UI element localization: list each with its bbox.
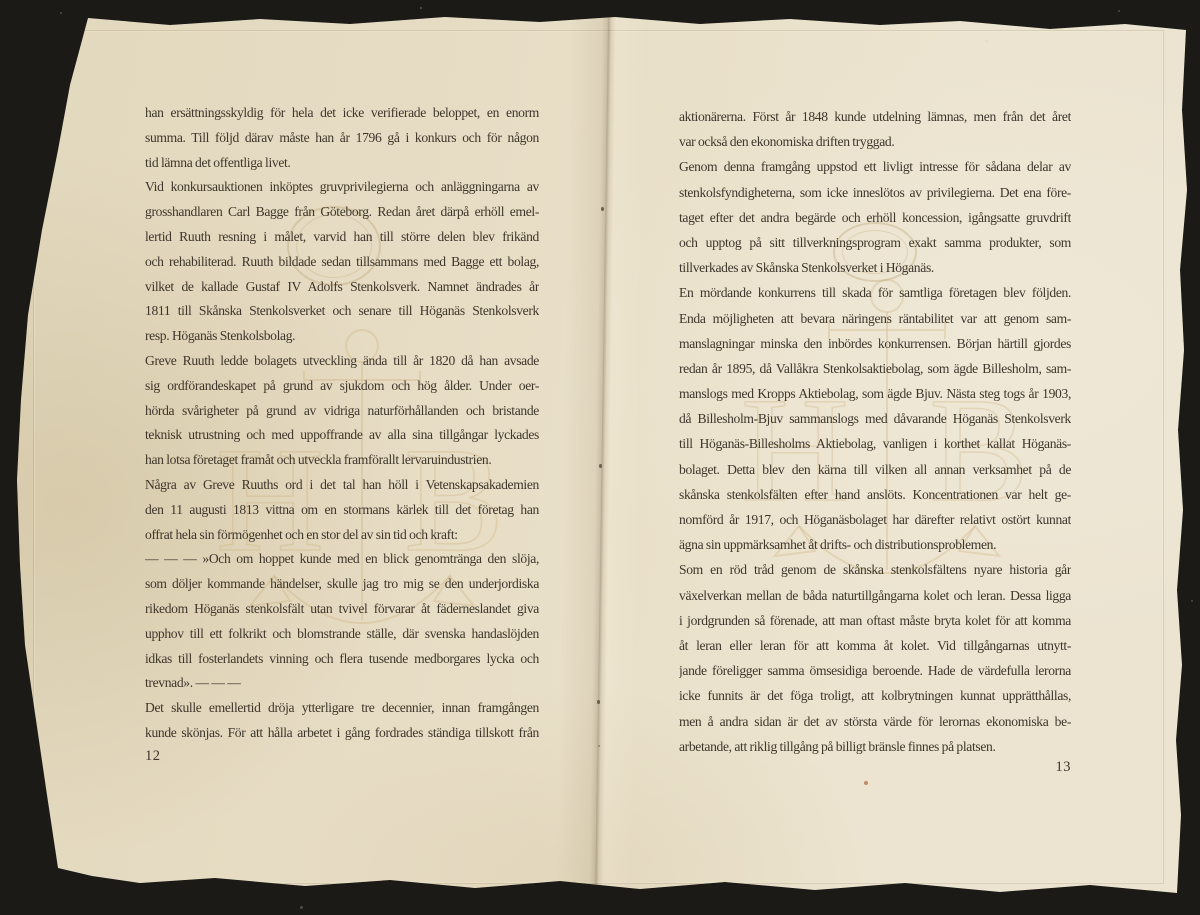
- text-line: Greve Ruuth ledde bolagets utveckling än…: [145, 349, 539, 374]
- text-line: men å andra sidan är det av största värd…: [679, 709, 1071, 734]
- text-line: och rehabiliterad. Ruuth bildade sedan t…: [145, 250, 539, 275]
- dust-speck: [420, 7, 422, 9]
- text-line: i jordgrunden så förenade, att man oftas…: [679, 608, 1071, 633]
- text-line: trevnad». — — —: [145, 671, 539, 696]
- paper-sheet: H B H B han ersättningsskyldig för hela …: [0, 0, 1200, 915]
- text-line: nomförd år 1917, och Höganäsbolaget har …: [679, 507, 1071, 532]
- binding-stitch: [599, 464, 602, 468]
- text-line: den 11 augusti 1813 vittna om en storman…: [145, 498, 539, 523]
- text-line: Vid konkursauktionen inköptes gruvprivil…: [145, 175, 539, 200]
- right-page-text: aktionärerna. Först år 1848 kunde utdeln…: [679, 104, 1071, 759]
- foxing-speck: [864, 781, 868, 785]
- text-line: lertid Ruuth resning i målet, varvid han…: [145, 225, 539, 250]
- dust-speck: [300, 906, 303, 909]
- text-line: taget efter det andra begärde och erhöll…: [679, 205, 1071, 230]
- dust-speck: [1118, 10, 1120, 12]
- left-page-number: 12: [145, 748, 161, 765]
- text-line: ägna sin uppmärksamhet åt drifts- och di…: [679, 532, 1071, 557]
- text-line: skånska stenkolsfälten efter hand anslöt…: [679, 482, 1071, 507]
- text-line: icke funnits är det föga troligt, att ko…: [679, 683, 1071, 708]
- text-line: var också den ekonomiska driften tryggad…: [679, 129, 1071, 154]
- text-line: Det skulle emellertid dröja ytterligare …: [145, 696, 539, 721]
- text-line: som döljer kommande händelser, skulle ja…: [145, 572, 539, 597]
- text-line: En mördande konkurrens till skada för sa…: [679, 280, 1071, 305]
- text-line: stenkolsfyndigheterna, som icke inneslöt…: [679, 180, 1071, 205]
- text-line: aktionärerna. Först år 1848 kunde utdeln…: [679, 104, 1071, 129]
- text-line: och upptog på sitt tillverkningsprogram …: [679, 230, 1071, 255]
- text-line: grosshandlaren Carl Bagge från Göteborg.…: [145, 200, 539, 225]
- text-line: idkas till fosterlandets vinning och fle…: [145, 647, 539, 672]
- text-line: han ersättningsskyldig för hela det icke…: [145, 101, 539, 126]
- text-line: redan år 1895, då Vallåkra Stenkolsaktie…: [679, 356, 1071, 381]
- text-line: han lotsa företaget framåt och utveckla …: [145, 448, 539, 473]
- text-line: växelverkan mellan de båda naturtillgång…: [679, 583, 1071, 608]
- text-line: kunde skönjas. För att hålla arbetet i g…: [145, 721, 539, 746]
- text-line: teknisk utrustning och med uppoffrande a…: [145, 423, 539, 448]
- binding-stitch: [601, 207, 604, 211]
- foxing-speck: [598, 745, 600, 747]
- dust-speck: [60, 12, 62, 14]
- text-line: vilket de kallade Gustaf IV Adolfs Stenk…: [145, 275, 539, 300]
- text-line: till Höganäs-Billesholms Aktiebolag, van…: [679, 431, 1071, 456]
- text-line: summa. Till följd därav måste han år 179…: [145, 126, 539, 151]
- binding-stitch: [597, 700, 600, 704]
- left-page-text: han ersättningsskyldig för hela det icke…: [145, 101, 539, 746]
- text-line: tillverkades av Skånska Stenkolsverket i…: [679, 255, 1071, 280]
- text-line: då Billesholm-Bjuv sammanslogs med dåvar…: [679, 406, 1071, 431]
- text-line: rikedom Höganäs stenkolsfält utan tvivel…: [145, 597, 539, 622]
- text-line: manslogs med Kropps Aktiebolag, som ägde…: [679, 381, 1071, 406]
- text-line: tid lämna det offentliga livet.: [145, 151, 539, 176]
- text-line: offrat hela sin förmögenhet och en stor …: [145, 523, 539, 548]
- text-line: arbetande, att riklig tillgång på billig…: [679, 734, 1071, 759]
- right-page-number: 13: [679, 759, 1071, 776]
- text-line: 1811 till Skånska Stenkolsverket och sen…: [145, 299, 539, 324]
- dust-speck: [985, 40, 988, 43]
- text-line: manslagningar minska den inbördes konkur…: [679, 331, 1071, 356]
- text-line: bolaget. Detta blev den kärna till vilke…: [679, 457, 1071, 482]
- text-line: upphov till ett folkrikt och blomstrande…: [145, 622, 539, 647]
- center-fold-crease: [557, 15, 648, 892]
- text-line: sig ordförandeskapet på grund av sjukdom…: [145, 374, 539, 399]
- text-line: åt leran eller leran för att komma åt ko…: [679, 633, 1071, 658]
- text-line: Enda möjligheten att bevara näringens rä…: [679, 306, 1071, 331]
- scanned-book-spread: { "document": { "type": "scanned-book-sp…: [0, 0, 1200, 915]
- text-line: hörda svårigheter på grund av vidriga na…: [145, 399, 539, 424]
- text-line: jande föreligger samma ömsesidiga beroen…: [679, 658, 1071, 683]
- text-line: Genom denna framgång uppstod ett livligt…: [679, 154, 1071, 179]
- text-line: resp. Höganäs Stenkolsbolag.: [145, 324, 539, 349]
- dust-speck: [1191, 600, 1193, 602]
- text-line: — — — »Och om hoppet kunde med en blick …: [145, 547, 539, 572]
- text-line: Några av Greve Ruuths ord i det tal han …: [145, 473, 539, 498]
- text-line: Som en röd tråd genom de skånska stenkol…: [679, 557, 1071, 582]
